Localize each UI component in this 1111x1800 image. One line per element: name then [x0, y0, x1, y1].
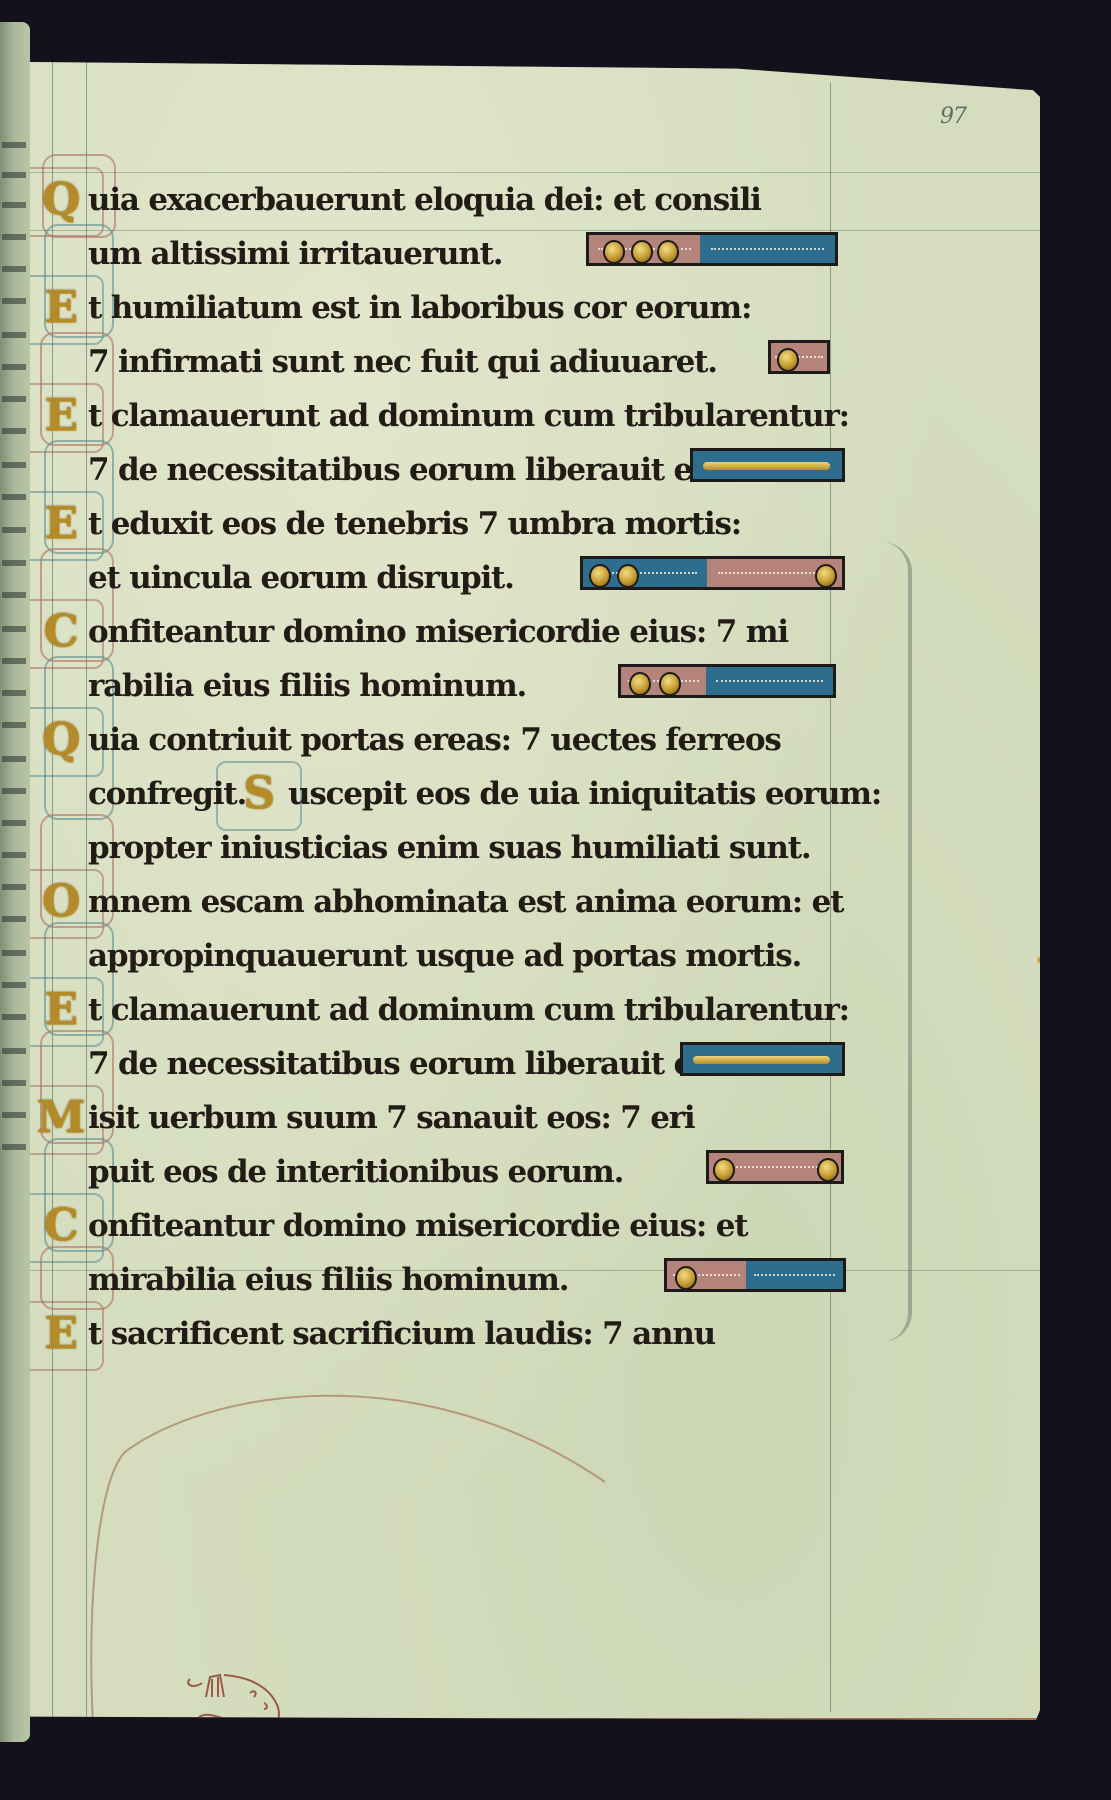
line-filler — [580, 556, 845, 590]
ruling-top — [30, 172, 1040, 173]
text-line-12b: uscepit eos de uia iniquitatis eorum: — [288, 769, 881, 819]
line-filler — [618, 664, 836, 698]
text-line-4: 7 infirmati sunt nec fuit qui adiuuaret. — [88, 337, 717, 387]
text-line-8: et uincula eorum disrupit. — [88, 553, 514, 603]
line-filler — [768, 340, 830, 374]
line-filler — [586, 232, 838, 266]
text-line-10: rabilia eius filiis hominum. — [88, 661, 526, 711]
initial-C: C — [32, 1201, 90, 1251]
text-line-16: t clamauerunt ad dominum cum tribularent… — [88, 985, 849, 1035]
initial-E: E — [32, 391, 90, 441]
folio-number: 97 — [940, 104, 966, 129]
text-line-2: um altissimi irritauerunt. — [88, 229, 502, 279]
grotesque-head-drawing — [180, 1667, 290, 1737]
initial-Q: Q — [32, 175, 90, 225]
initial-C: C — [32, 607, 90, 657]
text-line-13: propter iniusticias enim suas humiliati … — [88, 823, 810, 873]
text-line-19: puit eos de interitionibus eorum. — [88, 1147, 623, 1197]
text-line-5: t clamauerunt ad dominum cum tribularent… — [88, 391, 849, 441]
initial-Q: Q — [32, 715, 90, 765]
initial-M: M — [32, 1093, 90, 1143]
line-filler — [706, 1150, 844, 1184]
initial-O: O — [32, 877, 90, 927]
text-line-21: mirabilia eius filiis hominum. — [88, 1255, 568, 1305]
text-line-20: onfiteantur domino misericordie eius: et — [88, 1201, 747, 1251]
text-line-9: onfiteantur domino misericordie eius: 7 … — [88, 607, 788, 657]
initial-E: E — [32, 283, 90, 333]
line-filler — [690, 448, 845, 482]
text-line-12a: confregit. — [88, 769, 246, 819]
text-line-1: uia exacerbauerunt eloquia dei: et consi… — [88, 175, 761, 225]
initial-E: E — [32, 499, 90, 549]
gold-speck — [1037, 957, 1073, 963]
initial-E: E — [32, 1309, 90, 1359]
line-filler — [680, 1042, 845, 1076]
book-page-stack — [0, 22, 30, 1742]
text-line-18: isit uerbum suum 7 sanauit eos: 7 eri — [88, 1093, 694, 1143]
margin-pen-flourish — [85, 1332, 645, 1752]
text-line-7: t eduxit eos de tenebris 7 umbra mortis: — [88, 499, 741, 549]
manuscript-page: 97 Q uia exacerbauerunt eloquia dei: et … — [30, 62, 1040, 1720]
line-filler — [664, 1258, 846, 1292]
text-line-15: appropinquauerunt usque ad portas mortis… — [88, 931, 801, 981]
text-line-6: 7 de necessitatibus eorum liberauit eos. — [88, 445, 737, 495]
margin-bracket — [882, 542, 912, 1342]
text-line-3: t humiliatum est in laboribus cor eorum: — [88, 283, 751, 333]
text-line-17: 7 de necessitatibus eorum liberauit eos. — [88, 1039, 737, 1089]
text-line-14: mnem escam abhominata est anima eorum: e… — [88, 877, 843, 927]
text-line-11: uia contriuit portas ereas: 7 uectes fer… — [88, 715, 781, 765]
inline-initial-S: S — [230, 769, 288, 819]
initial-E: E — [32, 985, 90, 1035]
